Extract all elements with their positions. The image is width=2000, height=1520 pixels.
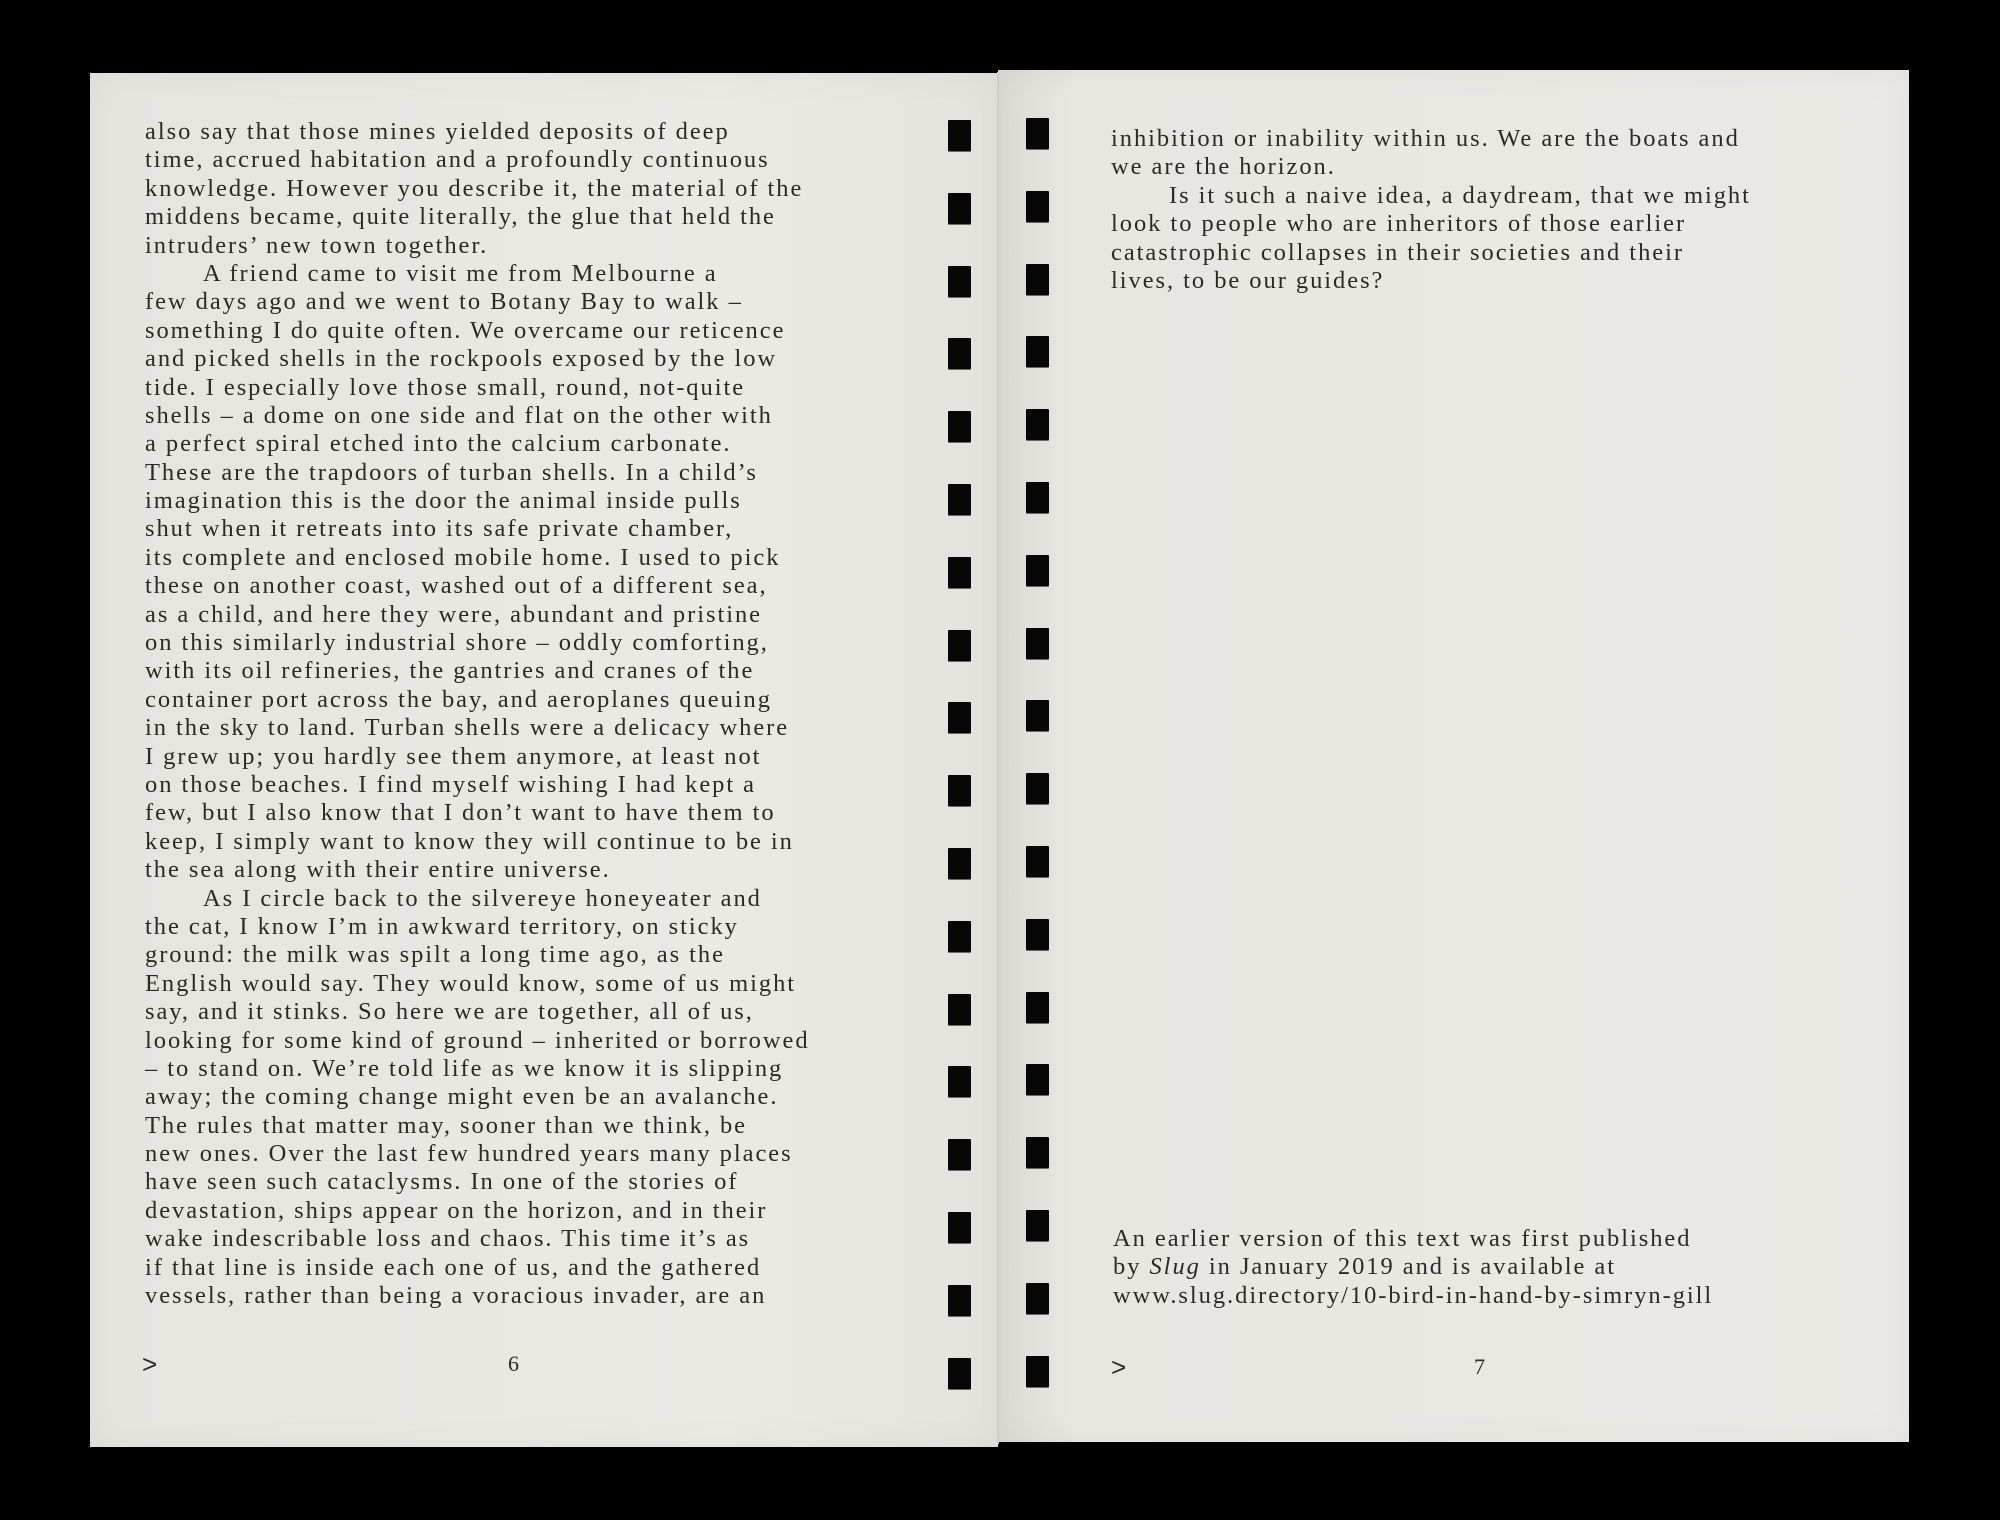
text-line: container port across the bay, and aerop… — [145, 686, 810, 714]
binding-hole — [948, 1358, 971, 1389]
binding-hole — [948, 1212, 971, 1243]
text-line: these on another coast, washed out of a … — [145, 572, 810, 600]
left-page-number: 6 — [508, 1351, 519, 1377]
text-line: as a child, and here they were, abundant… — [145, 601, 810, 629]
binding-hole — [1026, 336, 1049, 367]
text-line: catastrophic collapses in their societie… — [1111, 239, 1751, 267]
binding-hole — [948, 338, 971, 369]
binding-hole — [1026, 919, 1049, 950]
binding-hole — [1026, 118, 1049, 149]
text-line: shut when it retreats into its safe priv… — [145, 515, 810, 543]
text-line: look to people who are inheritors of tho… — [1111, 210, 1751, 238]
text-line: intruders’ new town together. — [145, 232, 810, 260]
binding-hole — [948, 557, 971, 588]
text-line: time, accrued habitation and a profoundl… — [145, 146, 810, 174]
note-url-link[interactable]: www.slug.directory/10-bird-in-hand-by-si… — [1113, 1282, 1713, 1310]
text-line: new ones. Over the last few hundred year… — [145, 1140, 810, 1168]
text-line: keep, I simply want to know they will co… — [145, 828, 810, 856]
left-page: also say that those mines yielded deposi… — [90, 73, 998, 1447]
right-page-next-marker: > — [1111, 1352, 1126, 1383]
binding-hole — [1026, 1064, 1049, 1095]
text-line: lives, to be our guides? — [1111, 267, 1751, 295]
binding-hole — [1026, 409, 1049, 440]
right-page-body-text: inhibition or inability within us. We ar… — [1111, 125, 1751, 295]
text-line: few days ago and we went to Botany Bay t… — [145, 288, 810, 316]
binding-hole — [1026, 191, 1049, 222]
binding-hole — [1026, 1356, 1049, 1387]
right-page: inhibition or inability within us. We ar… — [998, 70, 1909, 1442]
left-page-body-text: also say that those mines yielded deposi… — [145, 118, 810, 1310]
book-gutter-fold — [997, 72, 999, 1444]
binding-hole — [948, 921, 971, 952]
text-line: A friend came to visit me from Melbourne… — [145, 260, 810, 288]
binding-hole — [948, 484, 971, 515]
binding-hole — [1026, 1210, 1049, 1241]
text-line: knowledge. However you describe it, the … — [145, 175, 810, 203]
text-line: also say that those mines yielded deposi… — [145, 118, 810, 146]
text-line: wake indescribable loss and chaos. This … — [145, 1225, 810, 1253]
binding-hole — [1026, 1137, 1049, 1168]
text-line: devastation, ships appear on the horizon… — [145, 1197, 810, 1225]
text-line: in the sky to land. Turban shells were a… — [145, 714, 810, 742]
text-line: away; the coming change might even be an… — [145, 1083, 810, 1111]
text-line: I grew up; you hardly see them anymore, … — [145, 743, 810, 771]
text-line: with its oil refineries, the gantries an… — [145, 657, 810, 685]
text-line: on those beaches. I find myself wishing … — [145, 771, 810, 799]
binding-hole — [948, 702, 971, 733]
text-line: – to stand on. We’re told life as we kno… — [145, 1055, 810, 1083]
text-line: if that line is inside each one of us, a… — [145, 1254, 810, 1282]
publication-note: An earlier version of this text was firs… — [1113, 1225, 1713, 1310]
binding-hole — [948, 1139, 971, 1170]
publication-title-slug: Slug — [1149, 1253, 1200, 1280]
binding-hole — [948, 411, 971, 442]
text-line: inhibition or inability within us. We ar… — [1111, 125, 1751, 153]
text-line: have seen such cataclysms. In one of the… — [145, 1168, 810, 1196]
text-line: something I do quite often. We overcame … — [145, 317, 810, 345]
text-line: English would say. They would know, some… — [145, 970, 810, 998]
text-line: Is it such a naive idea, a daydream, tha… — [1111, 182, 1751, 210]
right-page-number: 7 — [1474, 1354, 1485, 1380]
note-line-2-prefix: by — [1113, 1253, 1149, 1280]
binding-hole — [1026, 628, 1049, 659]
text-line: vessels, rather than being a voracious i… — [145, 1282, 810, 1310]
text-line: its complete and enclosed mobile home. I… — [145, 544, 810, 572]
note-line-2: by Slug in January 2019 and is available… — [1113, 1253, 1713, 1281]
binding-hole — [1026, 846, 1049, 877]
text-line: say, and it stinks. So here we are toget… — [145, 998, 810, 1026]
binding-hole — [948, 848, 971, 879]
text-line: a perfect spiral etched into the calcium… — [145, 430, 810, 458]
text-line: shells – a dome on one side and flat on … — [145, 402, 810, 430]
binding-hole — [948, 1285, 971, 1316]
binding-hole — [1026, 1283, 1049, 1314]
text-line: looking for some kind of ground – inheri… — [145, 1027, 810, 1055]
text-line: few, but I also know that I don’t want t… — [145, 799, 810, 827]
binding-hole — [948, 1066, 971, 1097]
binding-hole — [948, 775, 971, 806]
note-line-2-suffix: in January 2019 and is available at — [1201, 1253, 1616, 1280]
text-line: middens became, quite literally, the glu… — [145, 203, 810, 231]
binding-hole — [1026, 555, 1049, 586]
binding-hole — [1026, 992, 1049, 1023]
left-page-next-marker: > — [142, 1349, 157, 1380]
binding-hole — [948, 193, 971, 224]
text-line: we are the horizon. — [1111, 153, 1751, 181]
text-line: the sea along with their entire universe… — [145, 856, 810, 884]
text-line: As I circle back to the silvereye honeye… — [145, 885, 810, 913]
text-line: on this similarly industrial shore – odd… — [145, 629, 810, 657]
binding-hole — [948, 630, 971, 661]
text-line: tide. I especially love those small, rou… — [145, 374, 810, 402]
binding-hole — [948, 266, 971, 297]
binding-hole — [1026, 700, 1049, 731]
text-line: imagination this is the door the animal … — [145, 487, 810, 515]
binding-hole — [1026, 482, 1049, 513]
text-line: and picked shells in the rockpools expos… — [145, 345, 810, 373]
binding-hole — [1026, 773, 1049, 804]
text-line: These are the trapdoors of turban shells… — [145, 459, 810, 487]
text-line: The rules that matter may, sooner than w… — [145, 1112, 810, 1140]
binding-hole — [948, 994, 971, 1025]
text-line: the cat, I know I’m in awkward territory… — [145, 913, 810, 941]
text-line: ground: the milk was spilt a long time a… — [145, 941, 810, 969]
note-line-1: An earlier version of this text was firs… — [1113, 1225, 1713, 1253]
binding-hole — [1026, 264, 1049, 295]
binding-hole — [948, 120, 971, 151]
